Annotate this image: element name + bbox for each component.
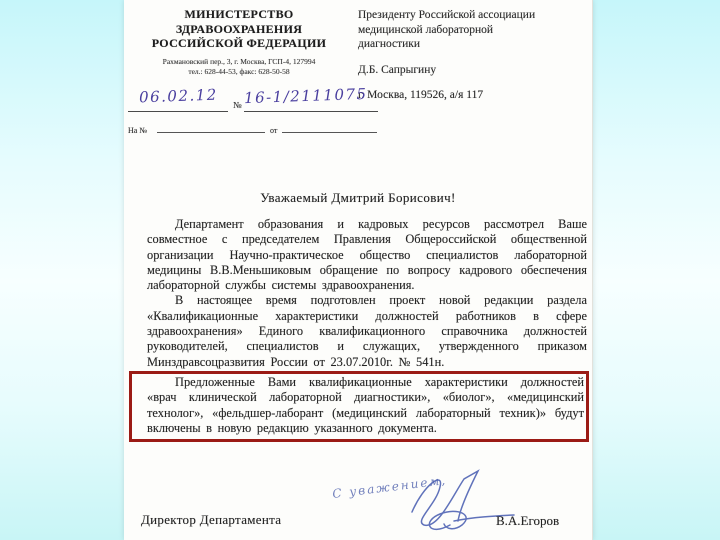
- reference-from-label: от: [270, 126, 277, 135]
- number-sign-label: №: [233, 100, 242, 110]
- highlight-box: Предложенные Вами квалификационные харак…: [129, 371, 589, 442]
- addressee-person: Д.Б. Сапрыгину: [358, 63, 584, 78]
- slide-background: { "slide": { "background_top": "#c6f6fa"…: [0, 0, 720, 540]
- handwritten-date: 06.02.12: [138, 86, 217, 107]
- addressee-address: г. Москва, 119526, а/я 117: [358, 88, 584, 103]
- reference-blank-line: [282, 122, 377, 133]
- paragraph-2: В настоящее время подготовлен проект нов…: [147, 293, 587, 369]
- addressee-org-line: Президенту Российской ассоциации: [358, 8, 584, 23]
- reference-row: На № от: [124, 122, 384, 136]
- ministry-address: Рахмановский пер., 3, г. Москва, ГСП-4, …: [124, 57, 354, 77]
- salutation: Уважаемый Дмитрий Борисович!: [124, 190, 592, 206]
- paragraph-3-highlighted: Предложенные Вами квалификационные харак…: [147, 375, 584, 436]
- addressee-org-line: медицинской лабораторной: [358, 23, 584, 38]
- ministry-line: МИНИСТЕРСТВО: [132, 7, 346, 22]
- registration-row: 06.02.12 № 16-1/2111075: [124, 86, 384, 112]
- paragraph-1: Департамент образования и кадровых ресур…: [147, 217, 587, 293]
- ministry-line: ЗДРАВООХРАНЕНИЯ: [132, 22, 346, 37]
- ministry-street-line: Рахмановский пер., 3, г. Москва, ГСП-4, …: [124, 57, 354, 67]
- ministry-line: РОССИЙСКОЙ ФЕДЕРАЦИИ: [132, 36, 346, 51]
- ministry-letterhead: МИНИСТЕРСТВО ЗДРАВООХРАНЕНИЯ РОССИЙСКОЙ …: [132, 7, 346, 51]
- signer-position-title: Директор Департамента: [141, 512, 281, 528]
- reference-label: На №: [128, 126, 147, 135]
- handwritten-number: 16-1/2111075: [244, 85, 368, 107]
- letter-document: МИНИСТЕРСТВО ЗДРАВООХРАНЕНИЯ РОССИЙСКОЙ …: [124, 0, 593, 540]
- ministry-phone-line: тел.: 628-44-53, факс: 628-50-58: [124, 67, 354, 77]
- addressee-block: Президенту Российской ассоциации медицин…: [358, 8, 584, 103]
- signer-name: В.А.Егоров: [496, 513, 559, 529]
- reference-blank-line: [157, 122, 265, 133]
- number-field: 16-1/2111075: [244, 87, 378, 112]
- date-field: 06.02.12: [128, 87, 228, 112]
- addressee-org-line: диагностики: [358, 37, 584, 52]
- letter-body: Департамент образования и кадровых ресур…: [147, 217, 587, 442]
